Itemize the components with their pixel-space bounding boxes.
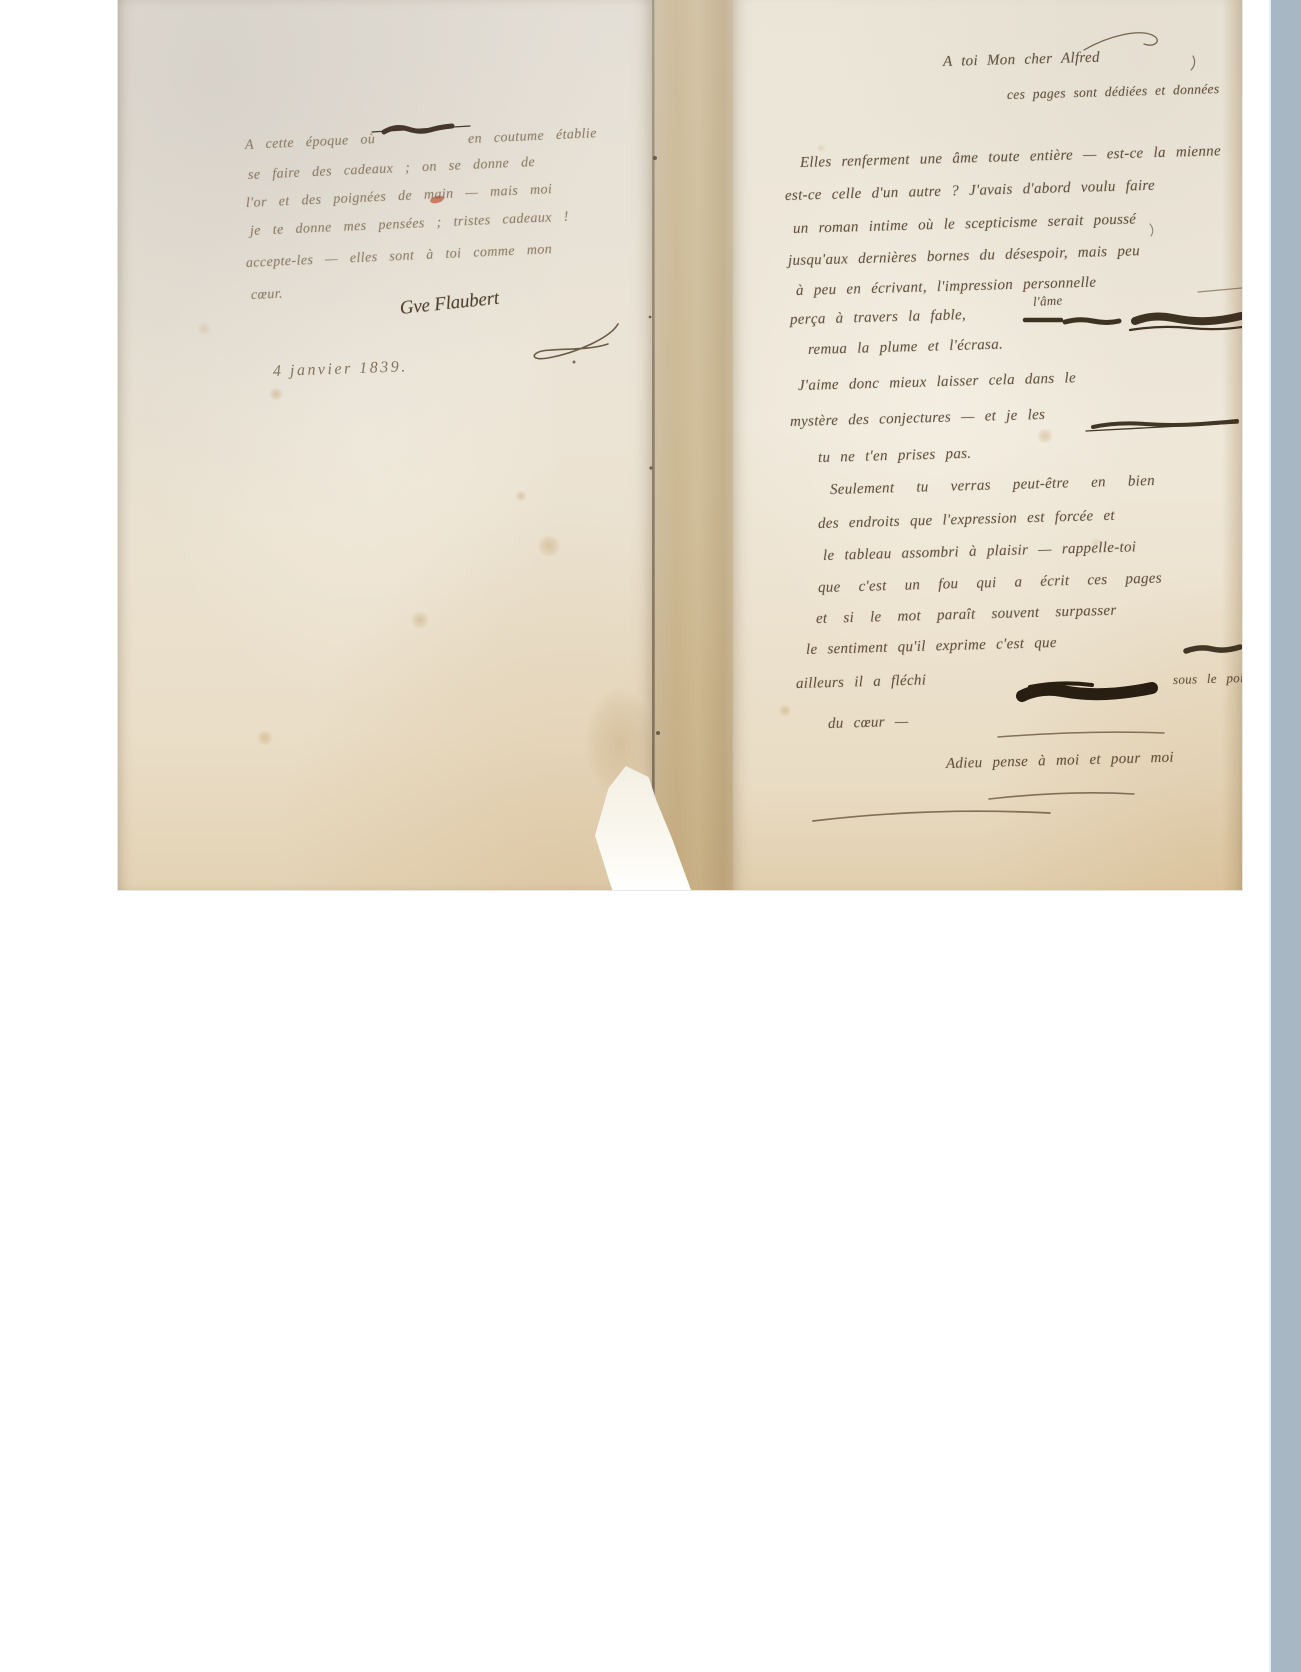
paper-stain [816,144,826,152]
paper-stain [515,491,527,501]
accent-bar [1269,0,1301,1672]
paper-stain [536,536,562,556]
paper-stain [256,731,274,745]
handwriting-line: sous le poids [1173,670,1242,688]
handwriting-line: cœur. [251,287,284,304]
paper-stain [196,323,212,335]
right-page-cut-edge [1222,0,1242,890]
handwriting-line: ailleurs il a fléchi [796,672,927,693]
paper-stain [268,388,284,400]
manuscript-photo: A cette époque où en coutume établie se … [118,0,1242,890]
paper-stain [410,612,430,628]
paper-stain [778,705,792,716]
paper-stain [1036,429,1054,443]
handwriting-line: du cœur — [828,714,909,733]
interline-insertion: l'âme [1033,292,1063,310]
scan-page: A cette époque où en coutume établie se … [0,0,1301,1672]
